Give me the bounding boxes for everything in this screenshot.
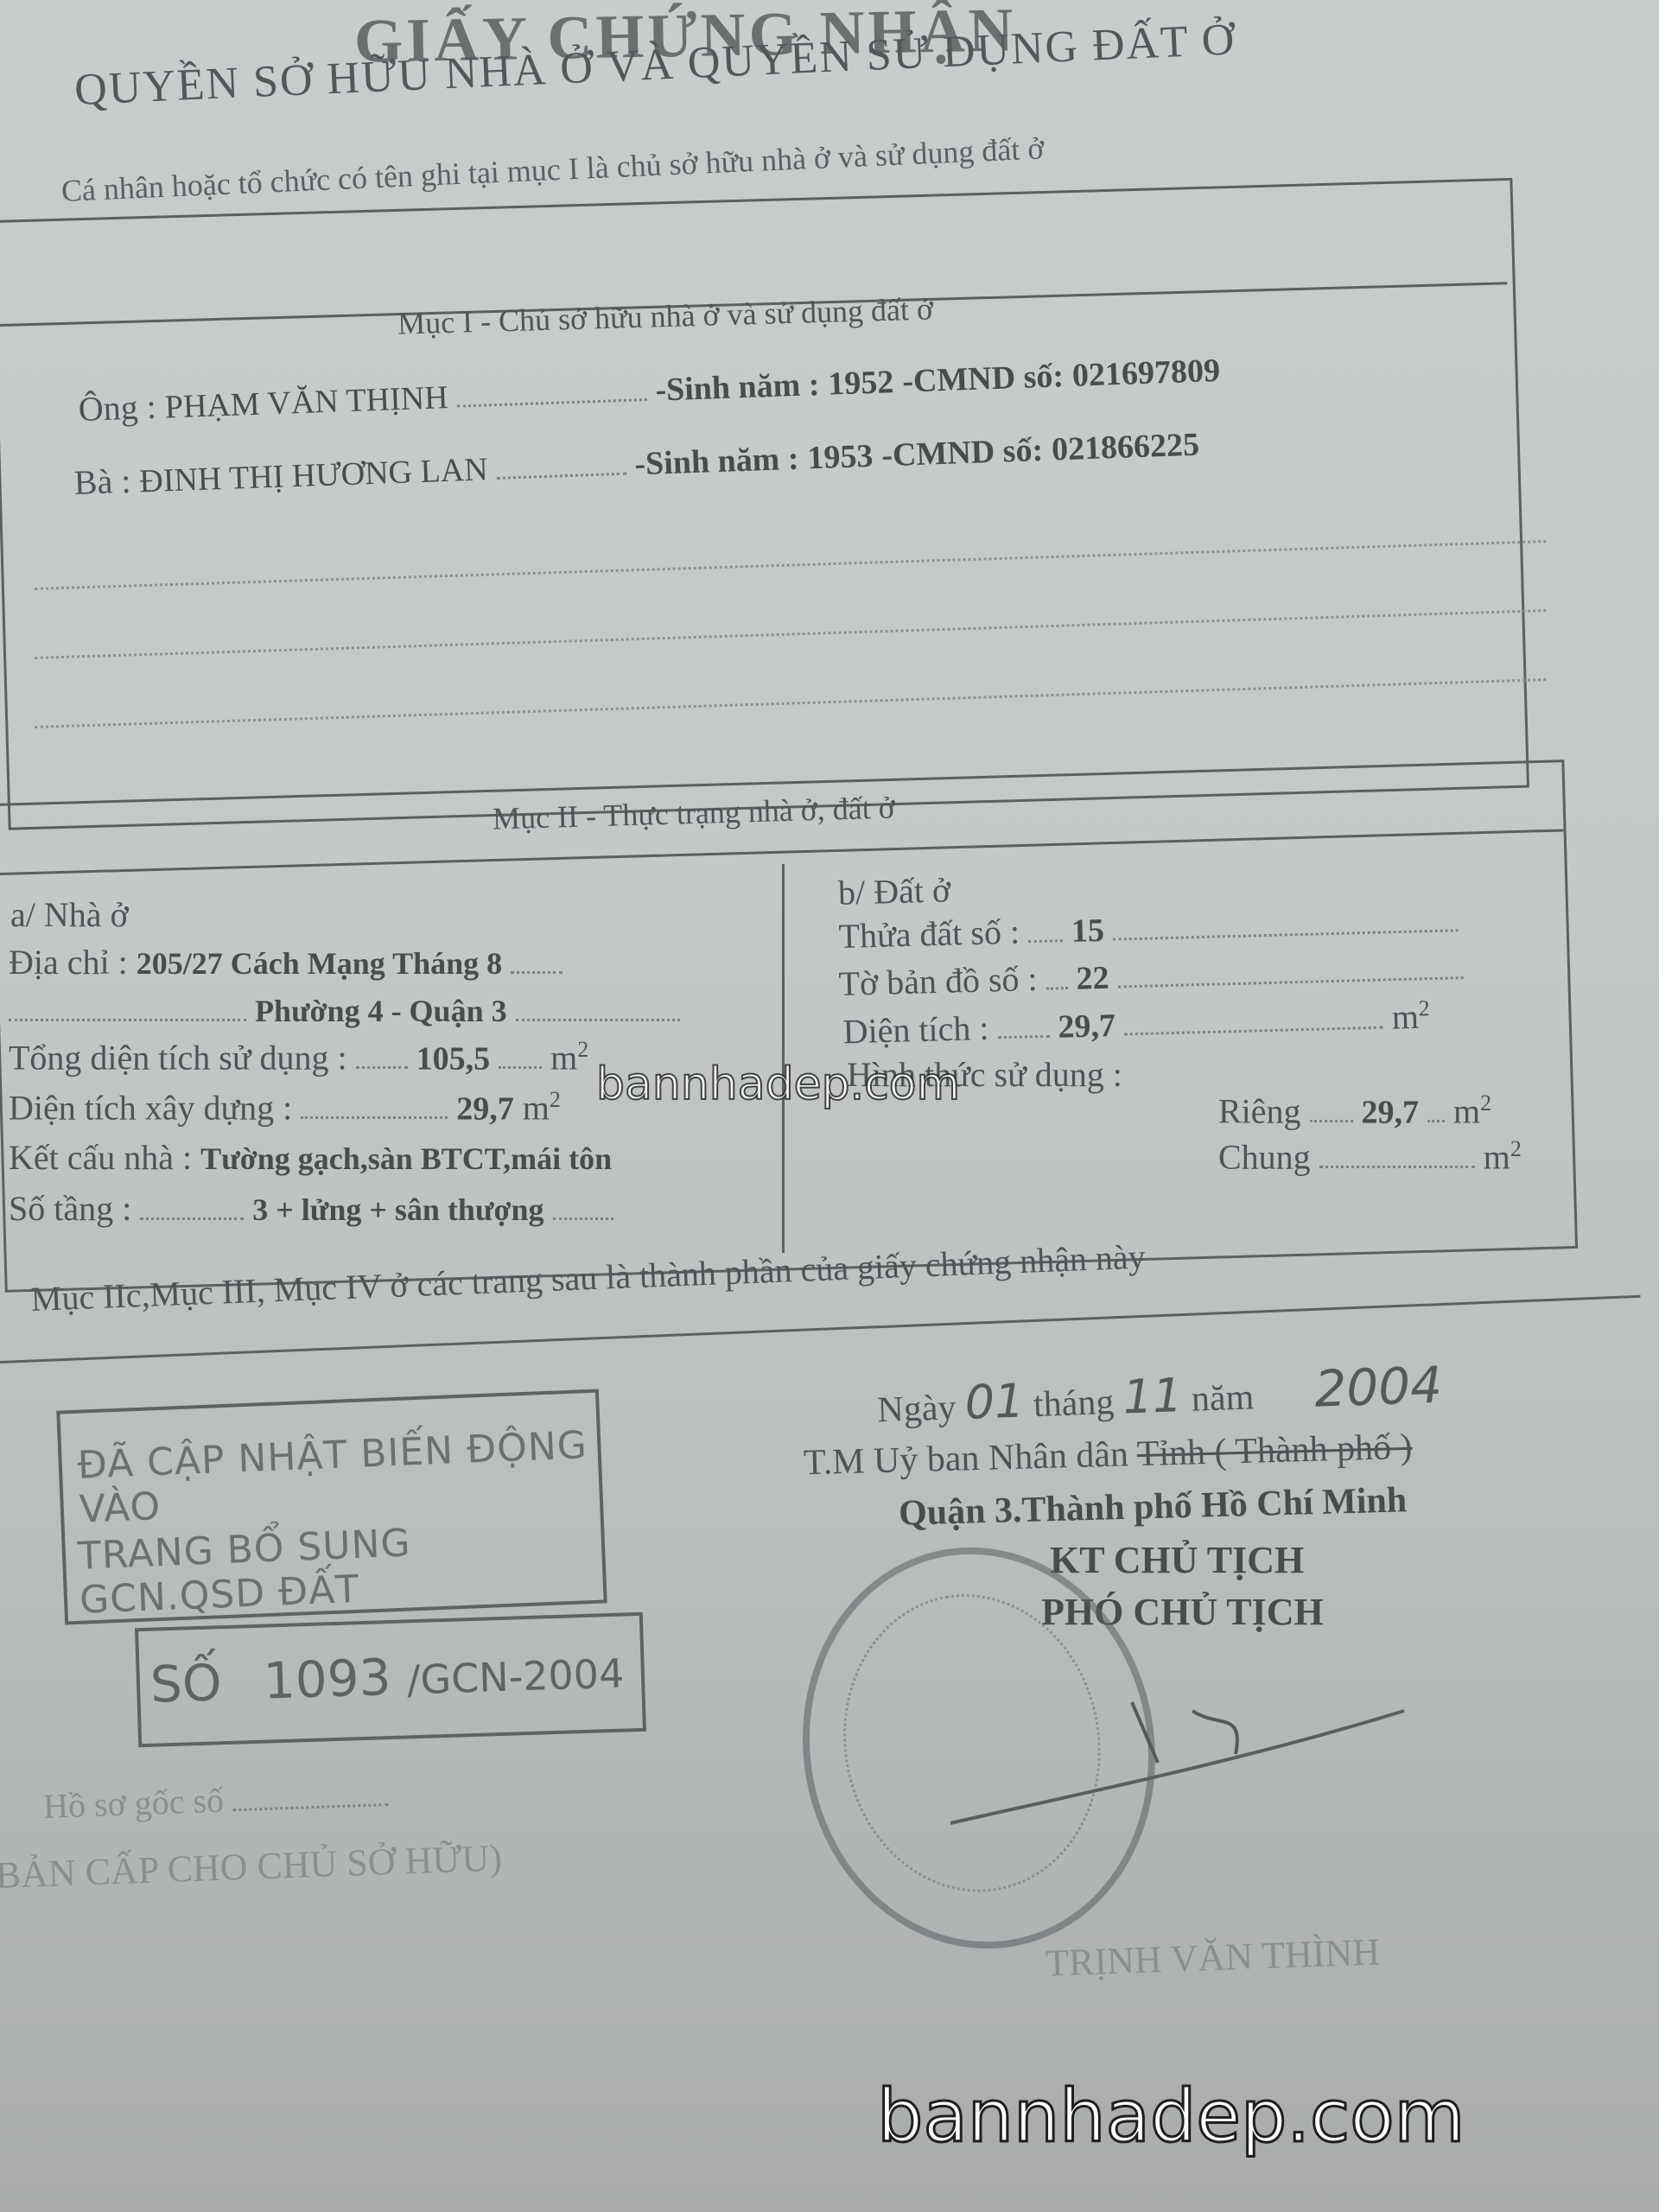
day-label: Ngày — [877, 1388, 957, 1430]
signature-icon — [933, 1694, 1417, 1832]
house-address: Địa chỉ : 205/27 Cách Mạng Tháng 8 — [9, 942, 563, 982]
archive-copy-note: (BẢN CẤP CHO CHỦ SỞ HỮU) — [0, 1836, 503, 1898]
parcel-label: Thửa đất số : — [838, 912, 1020, 956]
owner-birth-label: -Sinh năm : — [655, 366, 820, 409]
archive-record-label: Hồ sơ gốc số — [42, 1781, 224, 1826]
owner-prefix: Ông : — [78, 387, 157, 429]
unit: m — [1391, 997, 1419, 1037]
stamp-line1: ĐÃ CẬP NHẬT BIẾN ĐỘNG VÀO — [77, 1423, 601, 1532]
floors-row: Số tầng : 3 + lửng + sân thượng — [9, 1188, 613, 1229]
build-area-value: 29,7 — [456, 1090, 514, 1127]
land-area-label: Diện tích : — [842, 1008, 989, 1051]
watermark-corner: bannhadep.com — [877, 2074, 1465, 2158]
parcel-value: 15 — [1071, 912, 1104, 950]
build-area-row: Diện tích xây dựng : 29,7 m2 — [9, 1087, 561, 1128]
unit: m — [523, 1088, 550, 1127]
owner-prefix: Bà : — [73, 461, 131, 502]
authority-prefix: T.M Uỷ ban Nhân dân — [804, 1434, 1129, 1483]
build-area-label: Diện tích xây dựng : — [9, 1088, 292, 1127]
house-address-2: Phường 4 - Quận 3 — [9, 989, 680, 1030]
month-label: tháng — [1033, 1382, 1115, 1425]
map-value: 22 — [1076, 960, 1109, 997]
unit: m — [1484, 1137, 1510, 1176]
unit-exp: 2 — [1418, 995, 1430, 1020]
stamp-line2: TRANG BỔ SUNG GCN.QSD ĐẤT — [77, 1514, 604, 1623]
total-area-row: Tổng diện tích sử dụng : 105,5 m2 — [9, 1037, 588, 1077]
year-value: 2004 — [1313, 1356, 1443, 1419]
floors-label: Số tầng : — [9, 1189, 131, 1228]
unit-exp: 2 — [1510, 1136, 1522, 1161]
issue-date: Ngày 01 tháng 11 năm 2004 — [876, 1356, 1443, 1434]
archive-record: Hồ sơ gốc số — [42, 1774, 388, 1827]
land-heading: b/ Đất ở — [837, 869, 950, 912]
owner-birth-year: 1952 — [828, 364, 894, 403]
structure-label: Kết cấu nhà : — [9, 1138, 192, 1177]
update-stamp: ĐÃ CẬP NHẬT BIẾN ĐỘNG VÀO TRANG BỔ SUNG … — [56, 1389, 607, 1624]
map-label: Tờ bản đồ số : — [838, 959, 1038, 1003]
stamp-number: 1093 — [263, 1648, 392, 1711]
unit-exp: 2 — [577, 1037, 588, 1062]
floors-value: 3 + lửng + sân thượng — [252, 1192, 543, 1227]
structure-value: Tường gạch,sàn BTCT,mái tôn — [200, 1141, 612, 1176]
house-heading: a/ Nhà ở — [10, 894, 129, 935]
structure-row: Kết cấu nhà : Tường gạch,sàn BTCT,mái tô… — [9, 1137, 612, 1178]
month-value: 11 — [1122, 1368, 1183, 1424]
address-label: Địa chỉ : — [9, 943, 128, 982]
address-line1: 205/27 Cách Mạng Tháng 8 — [137, 946, 502, 981]
owner-id-number: 021866225 — [1051, 427, 1199, 468]
signer-name: TRỊNH VĂN THÌNH — [1045, 1929, 1381, 1985]
owner-id-label: -CMND số: — [902, 358, 1065, 399]
owner-id-label: -CMND số: — [881, 432, 1044, 474]
shared-row: Chung m2 — [1218, 1136, 1522, 1177]
private-row: Riêng 29,7 m2 — [1218, 1090, 1491, 1131]
private-value: 29,7 — [1362, 1094, 1420, 1130]
stamp-number-row: SỐ 1093 /GCN-2004 — [149, 1641, 625, 1714]
role-kt-chu-tich: KT CHỦ TỊCH — [1050, 1538, 1304, 1582]
watermark-inline: bannhadep.com — [596, 1058, 960, 1110]
section1-box — [0, 178, 1529, 830]
shared-label: Chung — [1218, 1137, 1311, 1176]
certificate-number-stamp: SỐ 1093 /GCN-2004 — [135, 1612, 646, 1747]
unit-exp: 2 — [1480, 1090, 1491, 1116]
owner-birth-year: 1953 — [807, 438, 874, 477]
unit: m — [1453, 1091, 1480, 1130]
day-value: 01 — [964, 1373, 1026, 1429]
land-area-value: 29,7 — [1058, 1007, 1116, 1046]
authority-line1: T.M Uỷ ban Nhân dân Tỉnh ( Thành phố ) — [803, 1427, 1413, 1484]
owner-birth-label: -Sinh năm : — [634, 441, 799, 483]
private-label: Riêng — [1218, 1091, 1301, 1130]
unit-exp: 2 — [550, 1087, 561, 1112]
stamp-number-label: SỐ — [149, 1653, 223, 1714]
unit: m — [550, 1038, 577, 1077]
total-area-value: 105,5 — [416, 1040, 491, 1077]
total-area-label: Tổng diện tích sử dụng : — [9, 1038, 347, 1077]
authority-line2: Quận 3.Thành phố Hồ Chí Minh — [898, 1479, 1407, 1534]
year-label: năm — [1191, 1377, 1255, 1419]
owner-id-number: 021697809 — [1071, 353, 1220, 394]
stamp-number-suffix: /GCN-2004 — [406, 1650, 625, 1704]
authority-struck: Tỉnh ( Thành phố ) — [1136, 1427, 1413, 1474]
address-line2: Phường 4 - Quận 3 — [255, 994, 507, 1028]
